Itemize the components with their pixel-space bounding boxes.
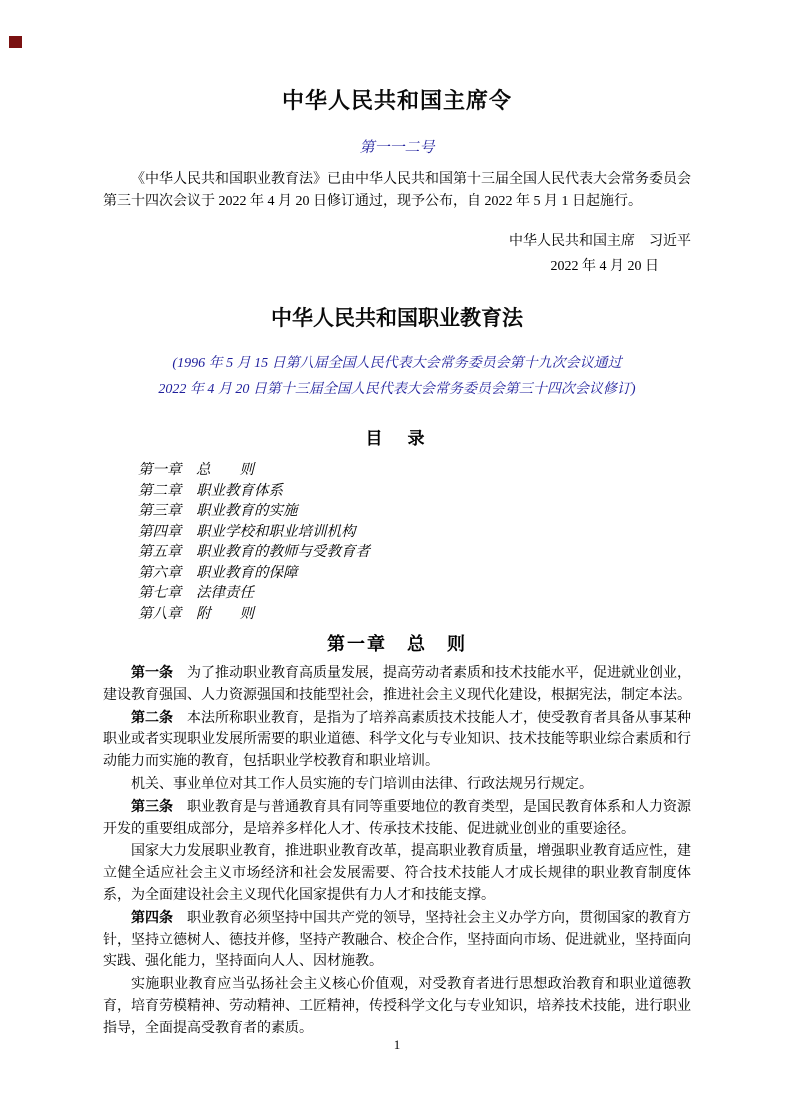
document-body: 中华人民共和国主席令 第一一二号 《中华人民共和国职业教育法》已由中华人民共和国… bbox=[0, 0, 794, 1108]
decree-number-line: 第一一二号 bbox=[103, 138, 691, 159]
article-4-sub-text: 实施职业教育应当弘扬社会主义核心价值观，对受教育者进行思想政治教育和职业道德教育… bbox=[103, 977, 691, 1036]
document-page: { "theme": { "accent_blue": "#1f1f9c", "… bbox=[0, 0, 794, 1108]
toc-item-chapter-7: 第七章 法律责任 bbox=[138, 583, 691, 604]
toc-heading: 目 录 bbox=[103, 427, 691, 451]
law-history-notes: (1996 年 5 月 15 日第八届全国人民代表大会常务委员会第十九次会议通过… bbox=[103, 351, 691, 403]
article-2-label: 第二条 bbox=[131, 709, 187, 725]
article-4-subparagraph: 实施职业教育应当弘扬社会主义核心价值观，对受教育者进行思想政治教育和职业道德教育… bbox=[103, 973, 691, 1039]
toc-item-chapter-4: 第四章 职业学校和职业培训机构 bbox=[138, 522, 691, 543]
decree-signature: 中华人民共和国主席 习近平 bbox=[103, 229, 691, 254]
article-2-sub-text: 机关、事业单位对其工作人员实施的专门培训由法律、行政法规另行规定。 bbox=[131, 777, 593, 792]
article-2-subparagraph: 机关、事业单位对其工作人员实施的专门培训由法律、行政法规另行规定。 bbox=[103, 773, 691, 796]
article-2-paragraph: 第二条本法所称职业教育，是指为了培养高素质技术技能人才，使受教育者具备从事某种职… bbox=[103, 707, 691, 773]
toc-item-chapter-8: 第八章 附 则 bbox=[138, 604, 691, 625]
decree-promulgation-paragraph: 《中华人民共和国职业教育法》已由中华人民共和国第十三届全国人民代表大会常务委员会… bbox=[103, 169, 691, 213]
article-3-subparagraph: 国家大力发展职业教育，推进职业教育改革，提高职业教育质量，增强职业教育适应性，建… bbox=[103, 840, 691, 906]
toc-item-chapter-6: 第六章 职业教育的保障 bbox=[138, 563, 691, 584]
article-4-text: 职业教育必须坚持中国共产党的领导，坚持社会主义办学方向，贯彻国家的教育方针，坚持… bbox=[103, 911, 691, 970]
article-4-paragraph: 第四条职业教育必须坚持中国共产党的领导，坚持社会主义办学方向，贯彻国家的教育方针… bbox=[103, 907, 691, 973]
toc-item-chapter-1: 第一章 总 则 bbox=[138, 460, 691, 481]
article-3-paragraph: 第三条职业教育是与普通教育具有同等重要地位的教育类型，是国民教育体系和人力资源开… bbox=[103, 796, 691, 841]
article-3-text: 职业教育是与普通教育具有同等重要地位的教育类型，是国民教育体系和人力资源开发的重… bbox=[103, 800, 691, 837]
chapter-1-heading: 第一章 总 则 bbox=[103, 631, 691, 657]
law-history-note-revised: 2022 年 4 月 20 日第十三届全国人民代表大会常务委员会第三十四次会议修… bbox=[103, 377, 691, 403]
article-3-sub-text: 国家大力发展职业教育，推进职业教育改革，提高职业教育质量，增强职业教育适应性，建… bbox=[103, 844, 691, 903]
page-number: 1 bbox=[0, 1036, 794, 1054]
decree-title: 中华人民共和国主席令 bbox=[103, 86, 691, 116]
article-3-label: 第三条 bbox=[131, 798, 187, 814]
toc-item-chapter-3: 第三章 职业教育的实施 bbox=[138, 501, 691, 522]
chapter-1-articles: 第一条为了推动职业教育高质量发展，提高劳动者素质和技术技能水平，促进就业创业，建… bbox=[103, 662, 691, 1040]
red-corner-mark bbox=[9, 36, 22, 48]
article-1-text: 为了推动职业教育高质量发展，提高劳动者素质和技术技能水平，促进就业创业，建设教育… bbox=[103, 666, 691, 703]
toc-item-chapter-2: 第二章 职业教育体系 bbox=[138, 481, 691, 502]
law-history-note-adopted: (1996 年 5 月 15 日第八届全国人民代表大会常务委员会第十九次会议通过 bbox=[103, 351, 691, 377]
article-1-paragraph: 第一条为了推动职业教育高质量发展，提高劳动者素质和技术技能水平，促进就业创业，建… bbox=[103, 662, 691, 707]
article-4-label: 第四条 bbox=[131, 909, 187, 925]
article-2-text: 本法所称职业教育，是指为了培养高素质技术技能人才，使受教育者具备从事某种职业或者… bbox=[103, 711, 691, 770]
article-1-label: 第一条 bbox=[131, 664, 187, 680]
toc-item-chapter-5: 第五章 职业教育的教师与受教育者 bbox=[138, 542, 691, 563]
law-title: 中华人民共和国职业教育法 bbox=[103, 305, 691, 333]
decree-date: 2022 年 4 月 20 日 bbox=[103, 254, 691, 279]
table-of-contents: 第一章 总 则 第二章 职业教育体系 第三章 职业教育的实施 第四章 职业学校和… bbox=[138, 460, 691, 624]
